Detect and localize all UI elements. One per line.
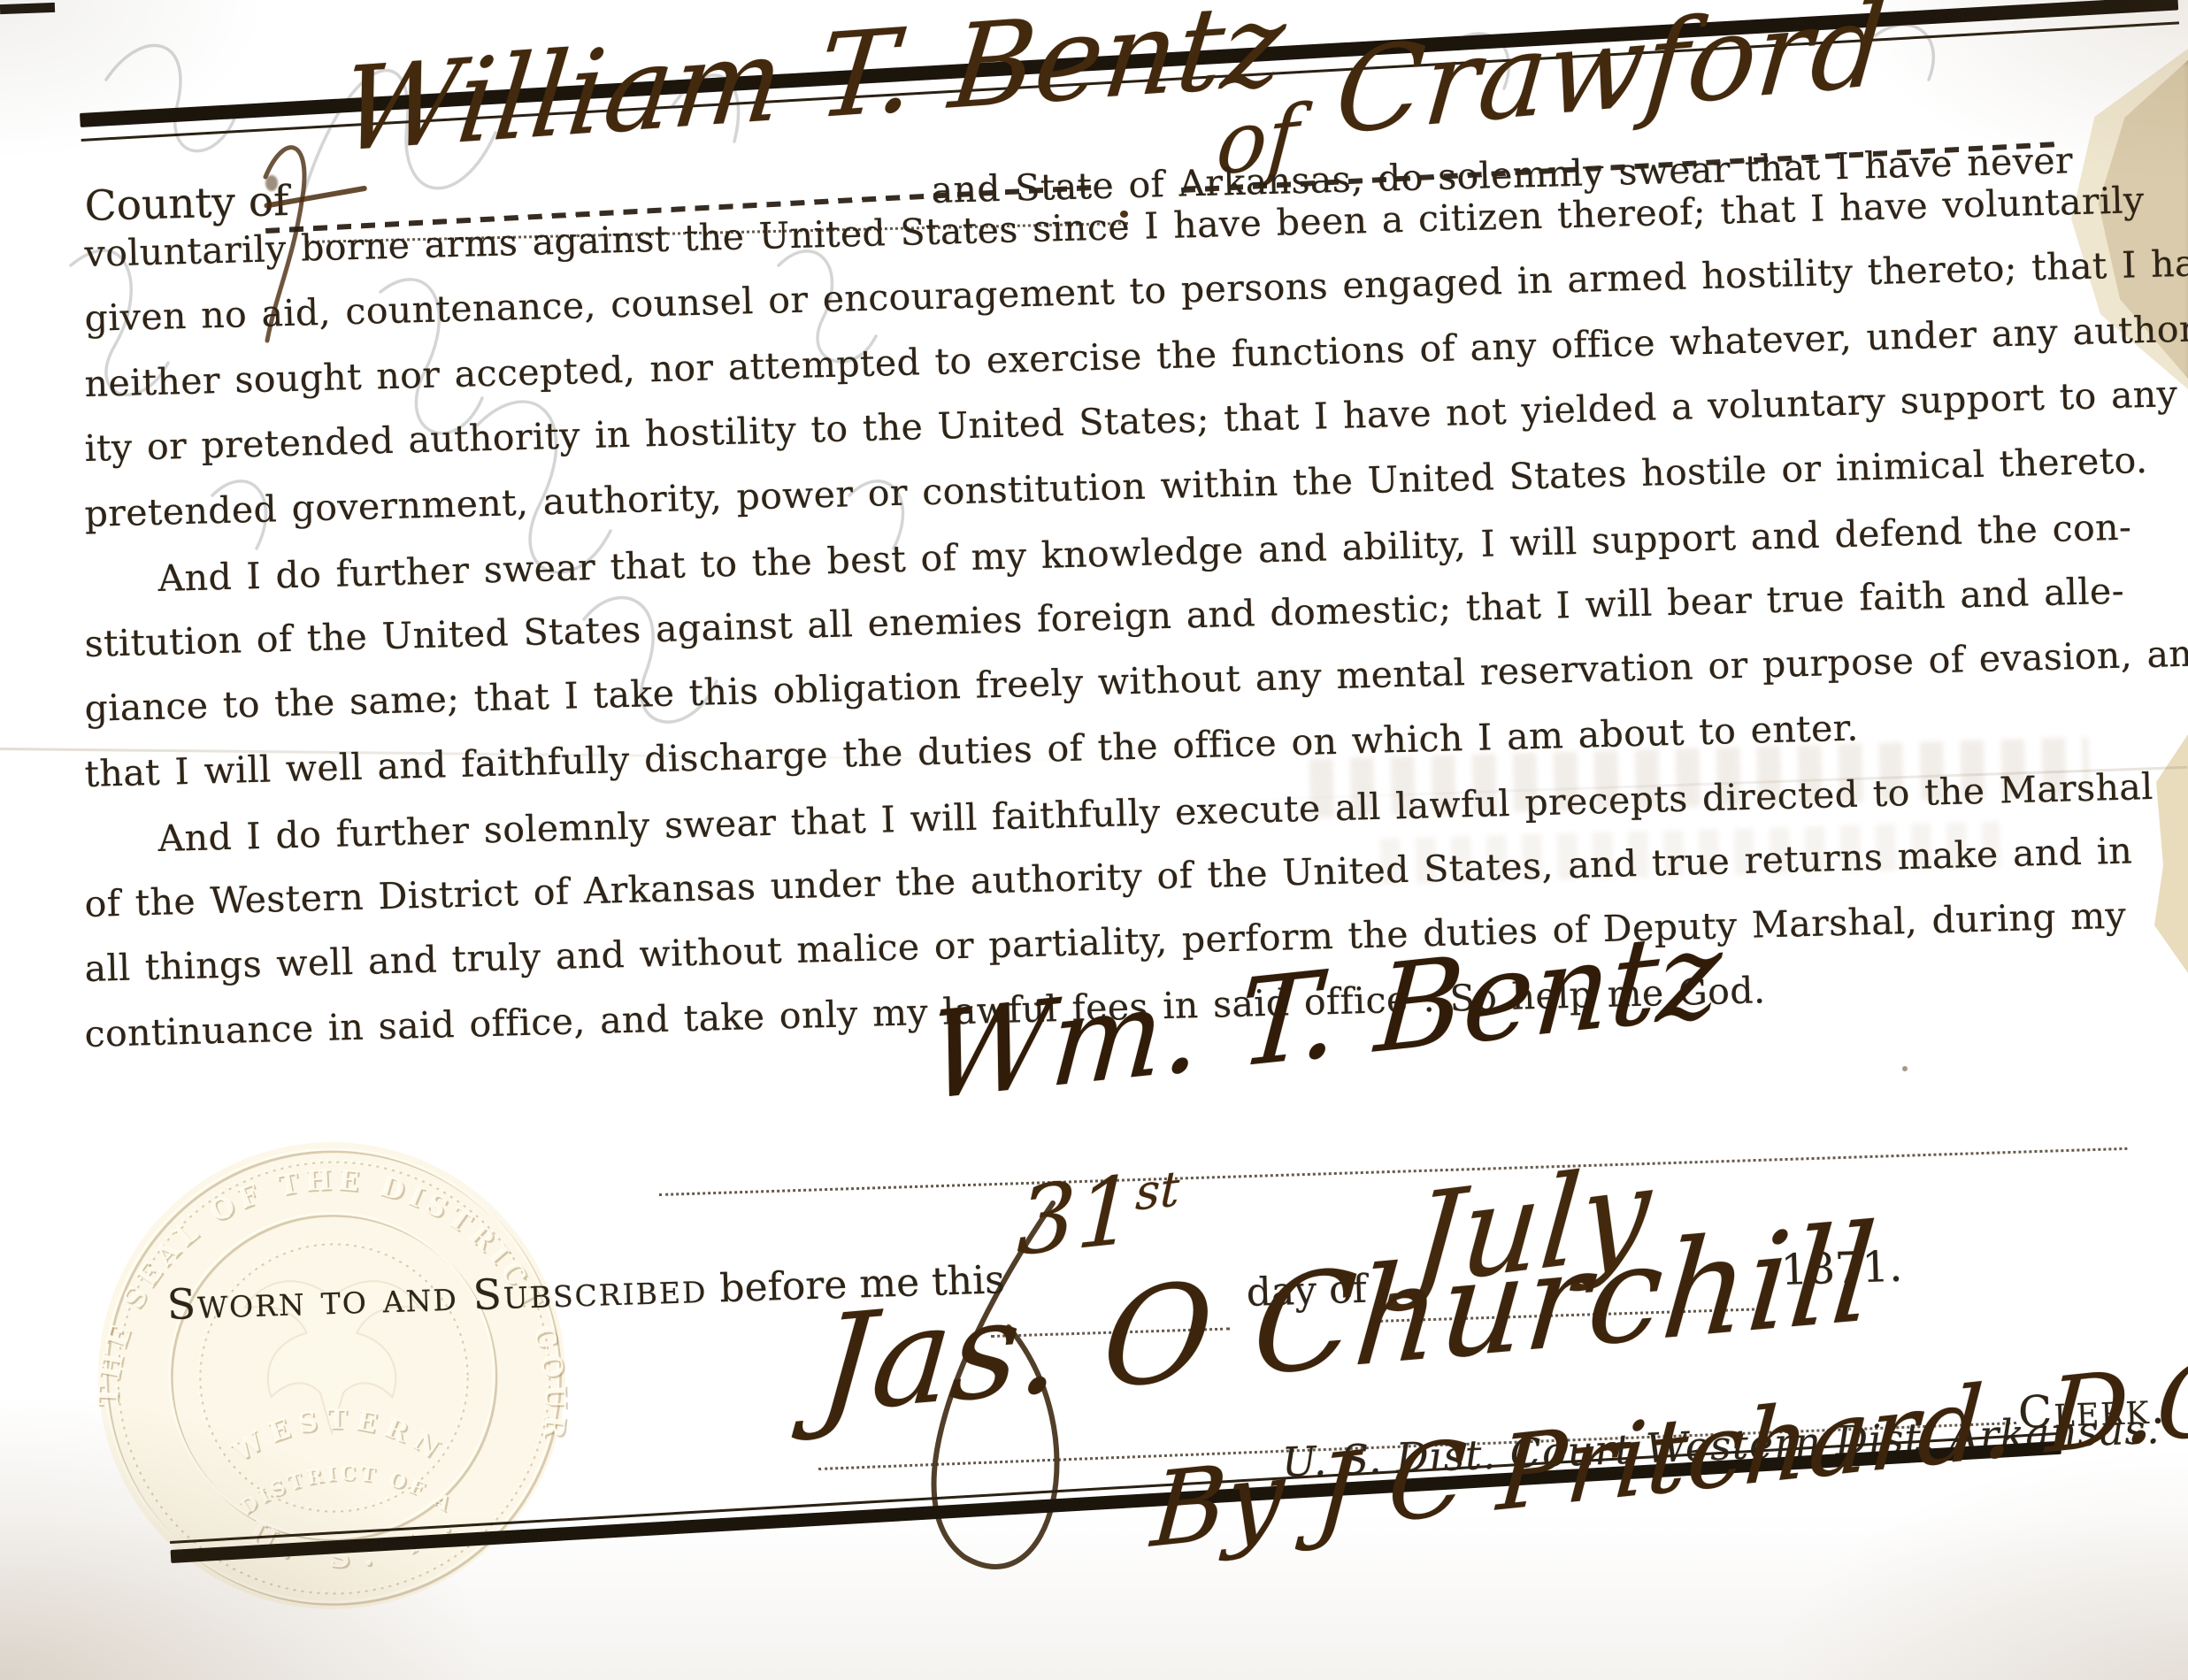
- affiant-name-script: William T. Bentz: [336, 0, 1290, 168]
- day-suffix: st: [1134, 1160, 1180, 1222]
- county-of-label: County of: [84, 177, 289, 231]
- county-name-script: Crawford: [1332, 0, 1890, 150]
- day-number-script: 31st: [1016, 1159, 1180, 1270]
- corner-mark-top-left: [0, 3, 55, 14]
- document-scan: THE SEAL OF THE DISTRICT COURT WESTERN D…: [0, 0, 2188, 1680]
- ink-speck-3: [1902, 1066, 1908, 1071]
- day-number: 31: [1016, 1155, 1137, 1277]
- edge-wear-right: [2153, 734, 2188, 973]
- signature-dotted-line: [659, 1144, 2127, 1196]
